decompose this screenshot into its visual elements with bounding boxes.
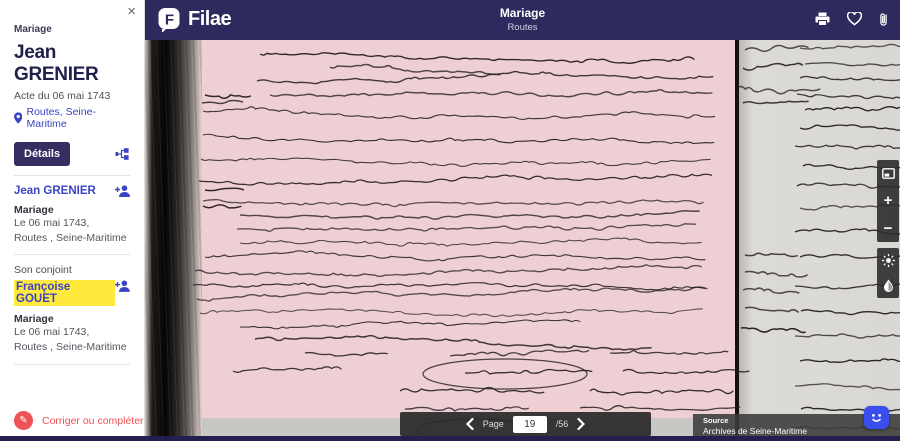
person-add-icon[interactable] xyxy=(115,185,130,197)
person-link[interactable]: Jean GRENIER xyxy=(14,185,96,197)
header-title: Mariage xyxy=(145,6,900,20)
zoom-in-button[interactable]: + xyxy=(877,189,899,213)
brightness-button[interactable] xyxy=(877,249,899,273)
zoom-out-button[interactable]: − xyxy=(877,216,899,240)
record-spouse-entry: Son conjoint Françoise GOUET Mariage Le … xyxy=(14,255,130,364)
record-header-title: Mariage Routes xyxy=(145,6,900,33)
family-tree-icon[interactable] xyxy=(115,147,130,161)
edit-icon: ✎ xyxy=(14,411,33,430)
chevron-right-icon xyxy=(577,418,585,430)
contrast-icon xyxy=(883,279,894,292)
document-viewer[interactable]: + − xyxy=(145,40,900,441)
act-date: Acte du 06 mai 1743 xyxy=(14,90,130,102)
previous-page-button[interactable] xyxy=(466,418,474,430)
correct-or-complete-action[interactable]: ✎ Corriger ou compléter xyxy=(14,411,144,430)
event-type: Mariage xyxy=(14,204,130,216)
header-subtitle: Routes xyxy=(145,22,900,33)
spouse-link[interactable]: Françoise GOUET xyxy=(14,280,115,306)
book-binding-edge xyxy=(145,40,202,436)
page-navigation-bar: Page /56 xyxy=(400,412,651,436)
viewer-zoom-toolbar: + − xyxy=(877,160,899,242)
page-label: Page xyxy=(483,419,504,429)
relation-label: Son conjoint xyxy=(14,264,130,276)
close-icon[interactable]: × xyxy=(127,4,136,19)
location-pin-icon xyxy=(14,112,22,124)
chatbot-button[interactable] xyxy=(864,406,889,429)
person-add-icon[interactable] xyxy=(115,280,130,292)
record-person-entry: Jean GRENIER Mariage Le 06 mai 1743, Rou… xyxy=(14,176,130,255)
page-total: /56 xyxy=(556,419,569,429)
record-sidebar: × Mariage Jean GRENIER Acte du 06 mai 17… xyxy=(0,0,145,441)
event-place: Routes , Seine-Maritime xyxy=(14,231,130,246)
event-place: Routes , Seine-Maritime xyxy=(14,340,130,355)
bottom-strip xyxy=(0,436,900,441)
tab-details[interactable]: Détails xyxy=(14,142,70,166)
manuscript-page-right xyxy=(739,40,900,436)
favorite-icon[interactable] xyxy=(847,12,862,26)
page-title: Jean GRENIER xyxy=(14,42,130,86)
attachment-icon[interactable] xyxy=(879,12,888,27)
event-date: Le 06 mai 1743, xyxy=(14,216,130,231)
page-number-input[interactable] xyxy=(513,416,547,433)
filae-record-viewer: F Filae Mariage Routes xyxy=(0,0,900,441)
manuscript-page-left xyxy=(202,40,735,418)
contrast-button[interactable] xyxy=(877,274,899,298)
brightness-icon xyxy=(882,254,895,267)
event-type: Mariage xyxy=(14,313,130,325)
print-icon[interactable] xyxy=(815,12,830,26)
event-date: Le 06 mai 1743, xyxy=(14,325,130,340)
fit-screen-button[interactable] xyxy=(877,162,899,186)
chatbot-face-icon xyxy=(869,412,884,424)
correct-link[interactable]: Corriger ou compléter xyxy=(42,415,144,427)
top-bar: F Filae Mariage Routes xyxy=(145,0,900,40)
record-type: Mariage xyxy=(14,24,130,35)
viewer-image-toolbar xyxy=(877,248,899,298)
next-page-button[interactable] xyxy=(577,418,585,430)
location-link[interactable]: Routes, Seine-Maritime xyxy=(26,106,130,130)
chevron-left-icon xyxy=(466,418,474,430)
fit-screen-icon xyxy=(882,168,895,179)
